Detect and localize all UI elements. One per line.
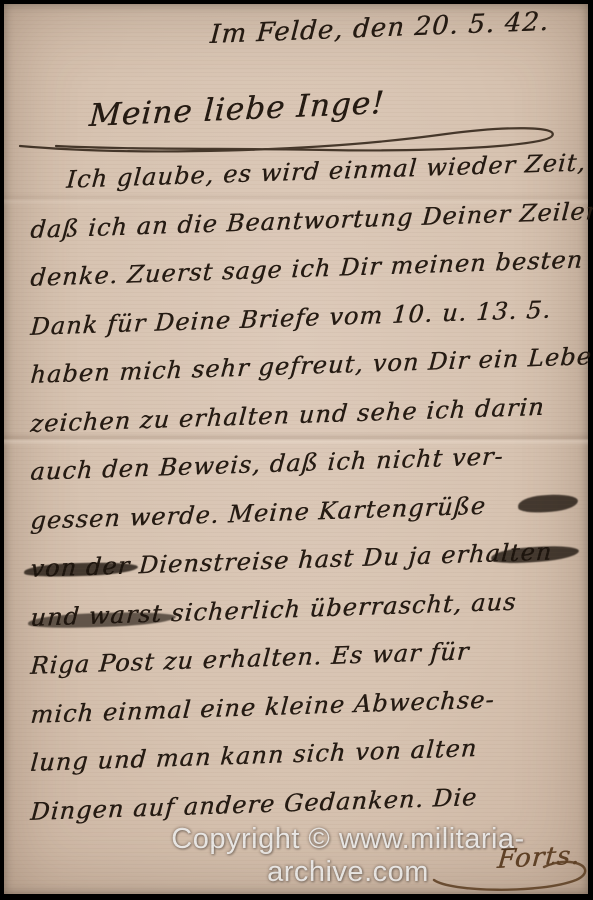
letter-photo: Im Felde, den 20. 5. 42. Meine liebe Ing… xyxy=(0,0,593,900)
letter-body: Ich glaube, es wird einmal wieder Zeit, … xyxy=(28,167,588,846)
dateline: Im Felde, den 20. 5. 42. xyxy=(209,7,550,50)
flourish-ellipse xyxy=(420,840,592,898)
letter-page: Im Felde, den 20. 5. 42. Meine liebe Ing… xyxy=(4,4,588,894)
